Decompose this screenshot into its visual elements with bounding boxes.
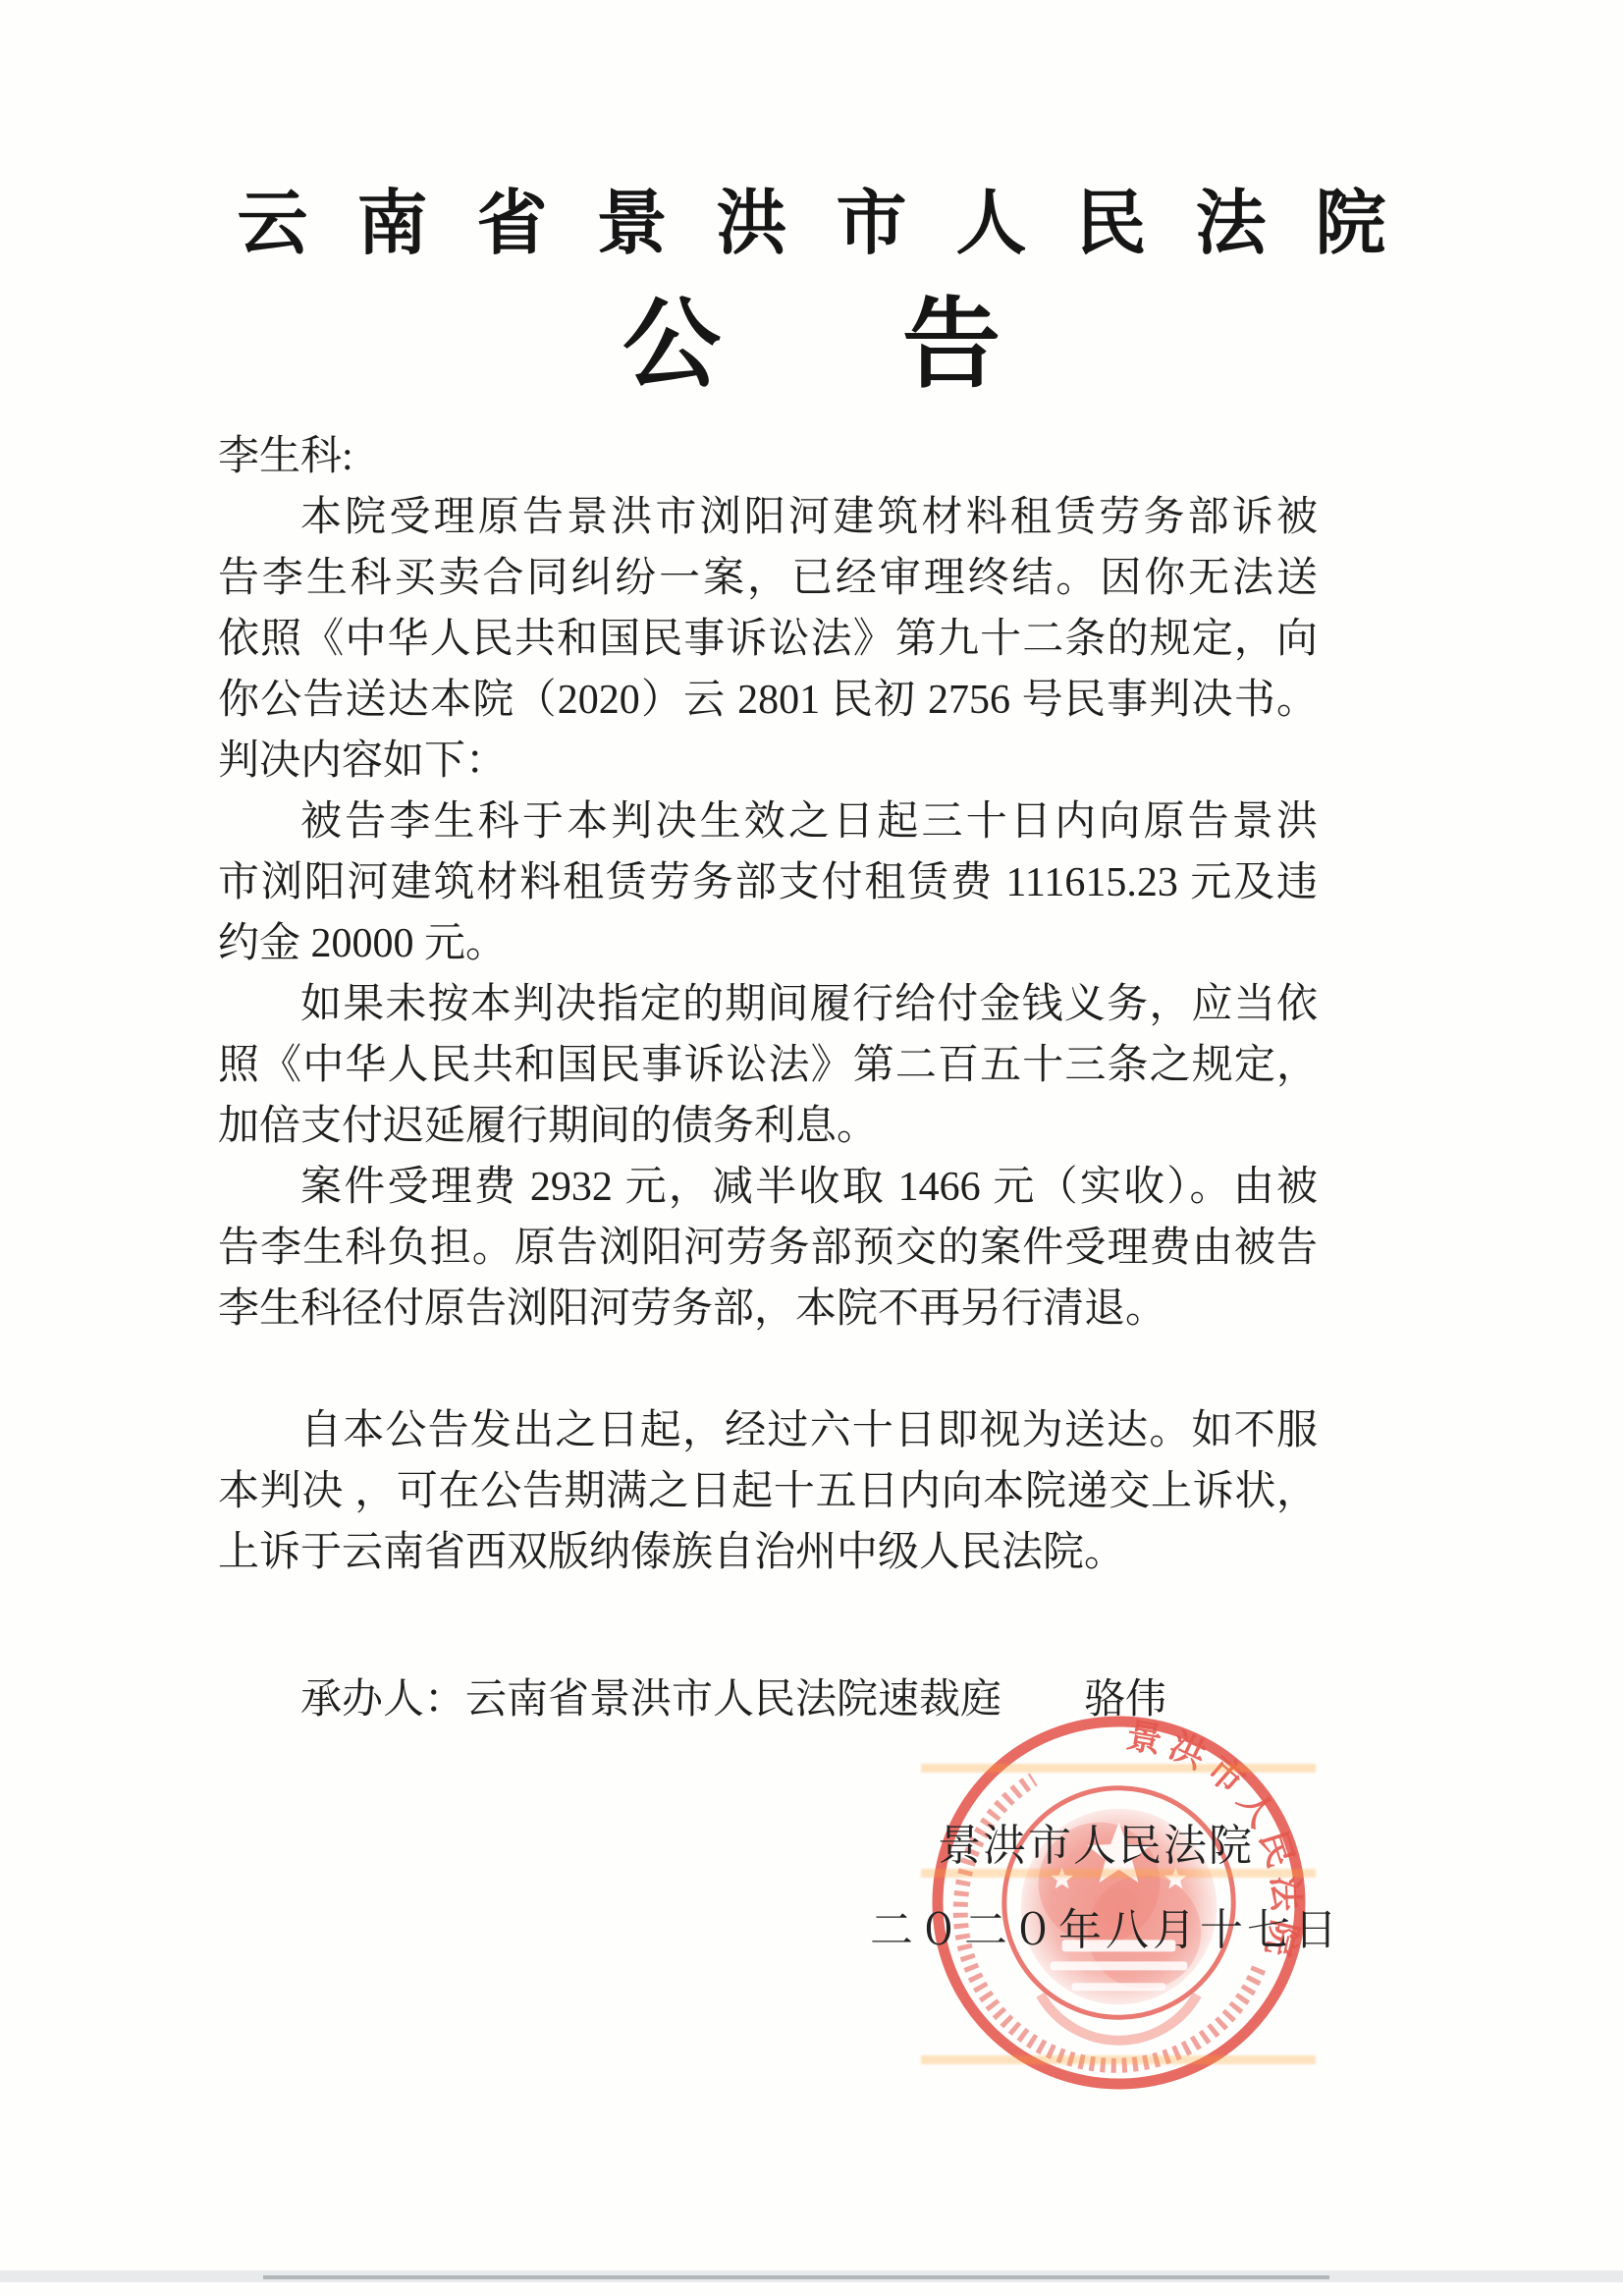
addressee: 李生科: <box>218 426 1318 487</box>
body-line: 判决内容如下： <box>218 731 1318 792</box>
body-line: 上诉于云南省西双版纳傣族自治州中级人民法院。 <box>218 1522 1318 1583</box>
body-paragraphs: 本院受理原告景洪市浏阳河建筑材料租赁劳务部诉被告李生科买卖合同纠纷一案，已经审理… <box>218 487 1318 1583</box>
body-line: 告李生科负担。原告浏阳河劳务部预交的案件受理费由被告 <box>218 1218 1318 1279</box>
body-line: 案件受理费 2932 元，减半收取 1466 元（实收）。由被 <box>218 1157 1318 1218</box>
body-line: 本判决 ，可在公告期满之日起十五日内向本院递交上诉状， <box>218 1461 1318 1522</box>
page-title: 云南省景洪市人民法院 <box>0 189 1623 259</box>
body-line: 市浏阳河建筑材料租赁劳务部支付租赁费 111615.23 元及违 <box>218 852 1318 913</box>
notice-title: 公告 <box>0 296 1623 394</box>
body-line: 李生科径付原告浏阳河劳务部，本院不再另行清退。 <box>218 1279 1318 1339</box>
body-line: 自本公告发出之日起，经过六十日即视为送达。如不服 <box>218 1400 1318 1461</box>
body-line: 本院受理原告景洪市浏阳河建筑材料租赁劳务部诉被 <box>218 487 1318 548</box>
body-line: 依照《中华人民共和国民事诉讼法》第九十二条的规定，向 <box>218 609 1318 670</box>
notice-body: 李生科: 本院受理原告景洪市浏阳河建筑材料租赁劳务部诉被告李生科买卖合同纠纷一案… <box>218 426 1318 1730</box>
scan-stripe <box>921 1764 1316 1773</box>
body-line: 加倍支付迟延履行期间的债务利息。 <box>218 1096 1318 1157</box>
body-line: 被告李生科于本判决生效之日起三十日内向原告景洪 <box>218 792 1318 852</box>
signature-court: 景洪市人民法院 <box>938 1825 1254 1868</box>
scan-stripe <box>921 2055 1316 2064</box>
paragraph: 案件受理费 2932 元，减半收取 1466 元（实收）。由被告李生科负担。原告… <box>218 1157 1318 1339</box>
body-line: 如果未按本判决指定的期间履行给付金钱义务，应当依 <box>218 974 1318 1035</box>
signature-date: 二０二０年八月十七日 <box>870 1909 1341 1952</box>
body-line: 约金 20000 元。 <box>218 913 1318 974</box>
paragraph: 如果未按本判决指定的期间履行给付金钱义务，应当依照《中华人民共和国民事诉讼法》第… <box>218 974 1318 1157</box>
scan-stripe <box>921 1869 1316 1878</box>
paragraph: 自本公告发出之日起，经过六十日即视为送达。如不服本判决 ，可在公告期满之日起十五… <box>218 1400 1318 1583</box>
paragraph: 本院受理原告景洪市浏阳河建筑材料租赁劳务部诉被告李生科买卖合同纠纷一案，已经审理… <box>218 487 1318 792</box>
court-notice-page: 云南省景洪市人民法院 公告 李生科: 本院受理原告景洪市浏阳河建筑材料租赁劳务部… <box>0 0 1623 2296</box>
body-line: 照《中华人民共和国民事诉讼法》第二百五十三条之规定， <box>218 1035 1318 1096</box>
body-line: 你公告送达本院（2020）云 2801 民初 2756 号民事判决书。 <box>218 670 1318 731</box>
scan-edge <box>263 2275 1329 2279</box>
body-line: 告李生科买卖合同纠纷一案，已经审理终结。因你无法送达， <box>218 548 1318 609</box>
paragraph: 被告李生科于本判决生效之日起三十日内向原告景洪市浏阳河建筑材料租赁劳务部支付租赁… <box>218 792 1318 974</box>
